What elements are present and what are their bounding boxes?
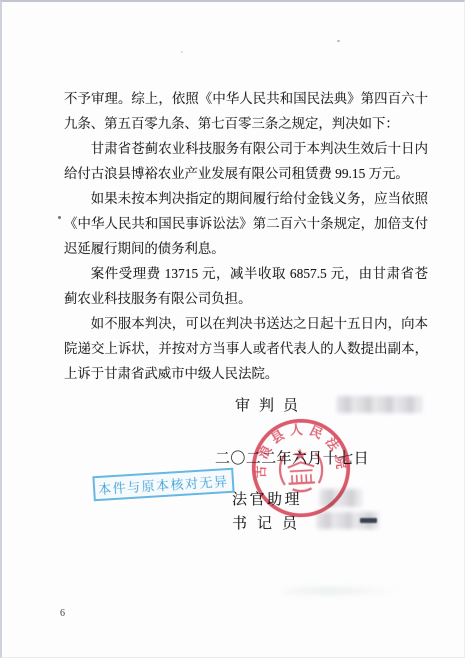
paragraph-appeal-notice: 如不服本判决，可以在判决书送达之日起十五日内，向本院递交上诉状，并按对方当事人或…: [64, 311, 428, 386]
judgment-body: 不予审理。综上，依照《中华人民共和国民法典》第四百六十九条、第五百零九条、第七百…: [64, 86, 428, 386]
national-emblem-icon: [279, 447, 323, 492]
paragraph-interest-clause: 如果未按本判决指定的期间履行给付金钱义务，应当依照《中华人民共和国民事诉讼法》第…: [64, 186, 428, 261]
judge-signature-label: 审判员: [235, 394, 307, 415]
clerk-name-redacted-mark: [360, 518, 377, 523]
scan-artifact-speck: [181, 51, 183, 53]
scan-artifact-speck: [337, 40, 340, 42]
scan-artifact-smudge: [282, 584, 402, 598]
court-seal-stamp: 古浪县人民法院: [246, 413, 355, 522]
paragraph-court-fees: 案件受理费 13715 元，减半收取 6857.5 元，由甘肃省苍蓟农业科技服务…: [64, 261, 428, 311]
page-number: 6: [60, 608, 65, 619]
document-page: 不予审理。综上，依照《中华人民共和国民法典》第四百六十九条、第五百零九条、第七百…: [0, 0, 465, 658]
judge-name-redacted: [337, 396, 422, 413]
paragraph-ruling-intro: 不予审理。综上，依照《中华人民共和国民法典》第四百六十九条、第五百零九条、第七百…: [64, 86, 428, 136]
verification-stamp: 本件与原本核对无异: [92, 468, 234, 502]
scan-artifact-dot: [58, 216, 61, 219]
paragraph-judgment-item: 甘肃省苍蓟农业科技服务有限公司于本判决生效后十日内给付古浪县博裕农业产业发展有限…: [64, 136, 428, 186]
